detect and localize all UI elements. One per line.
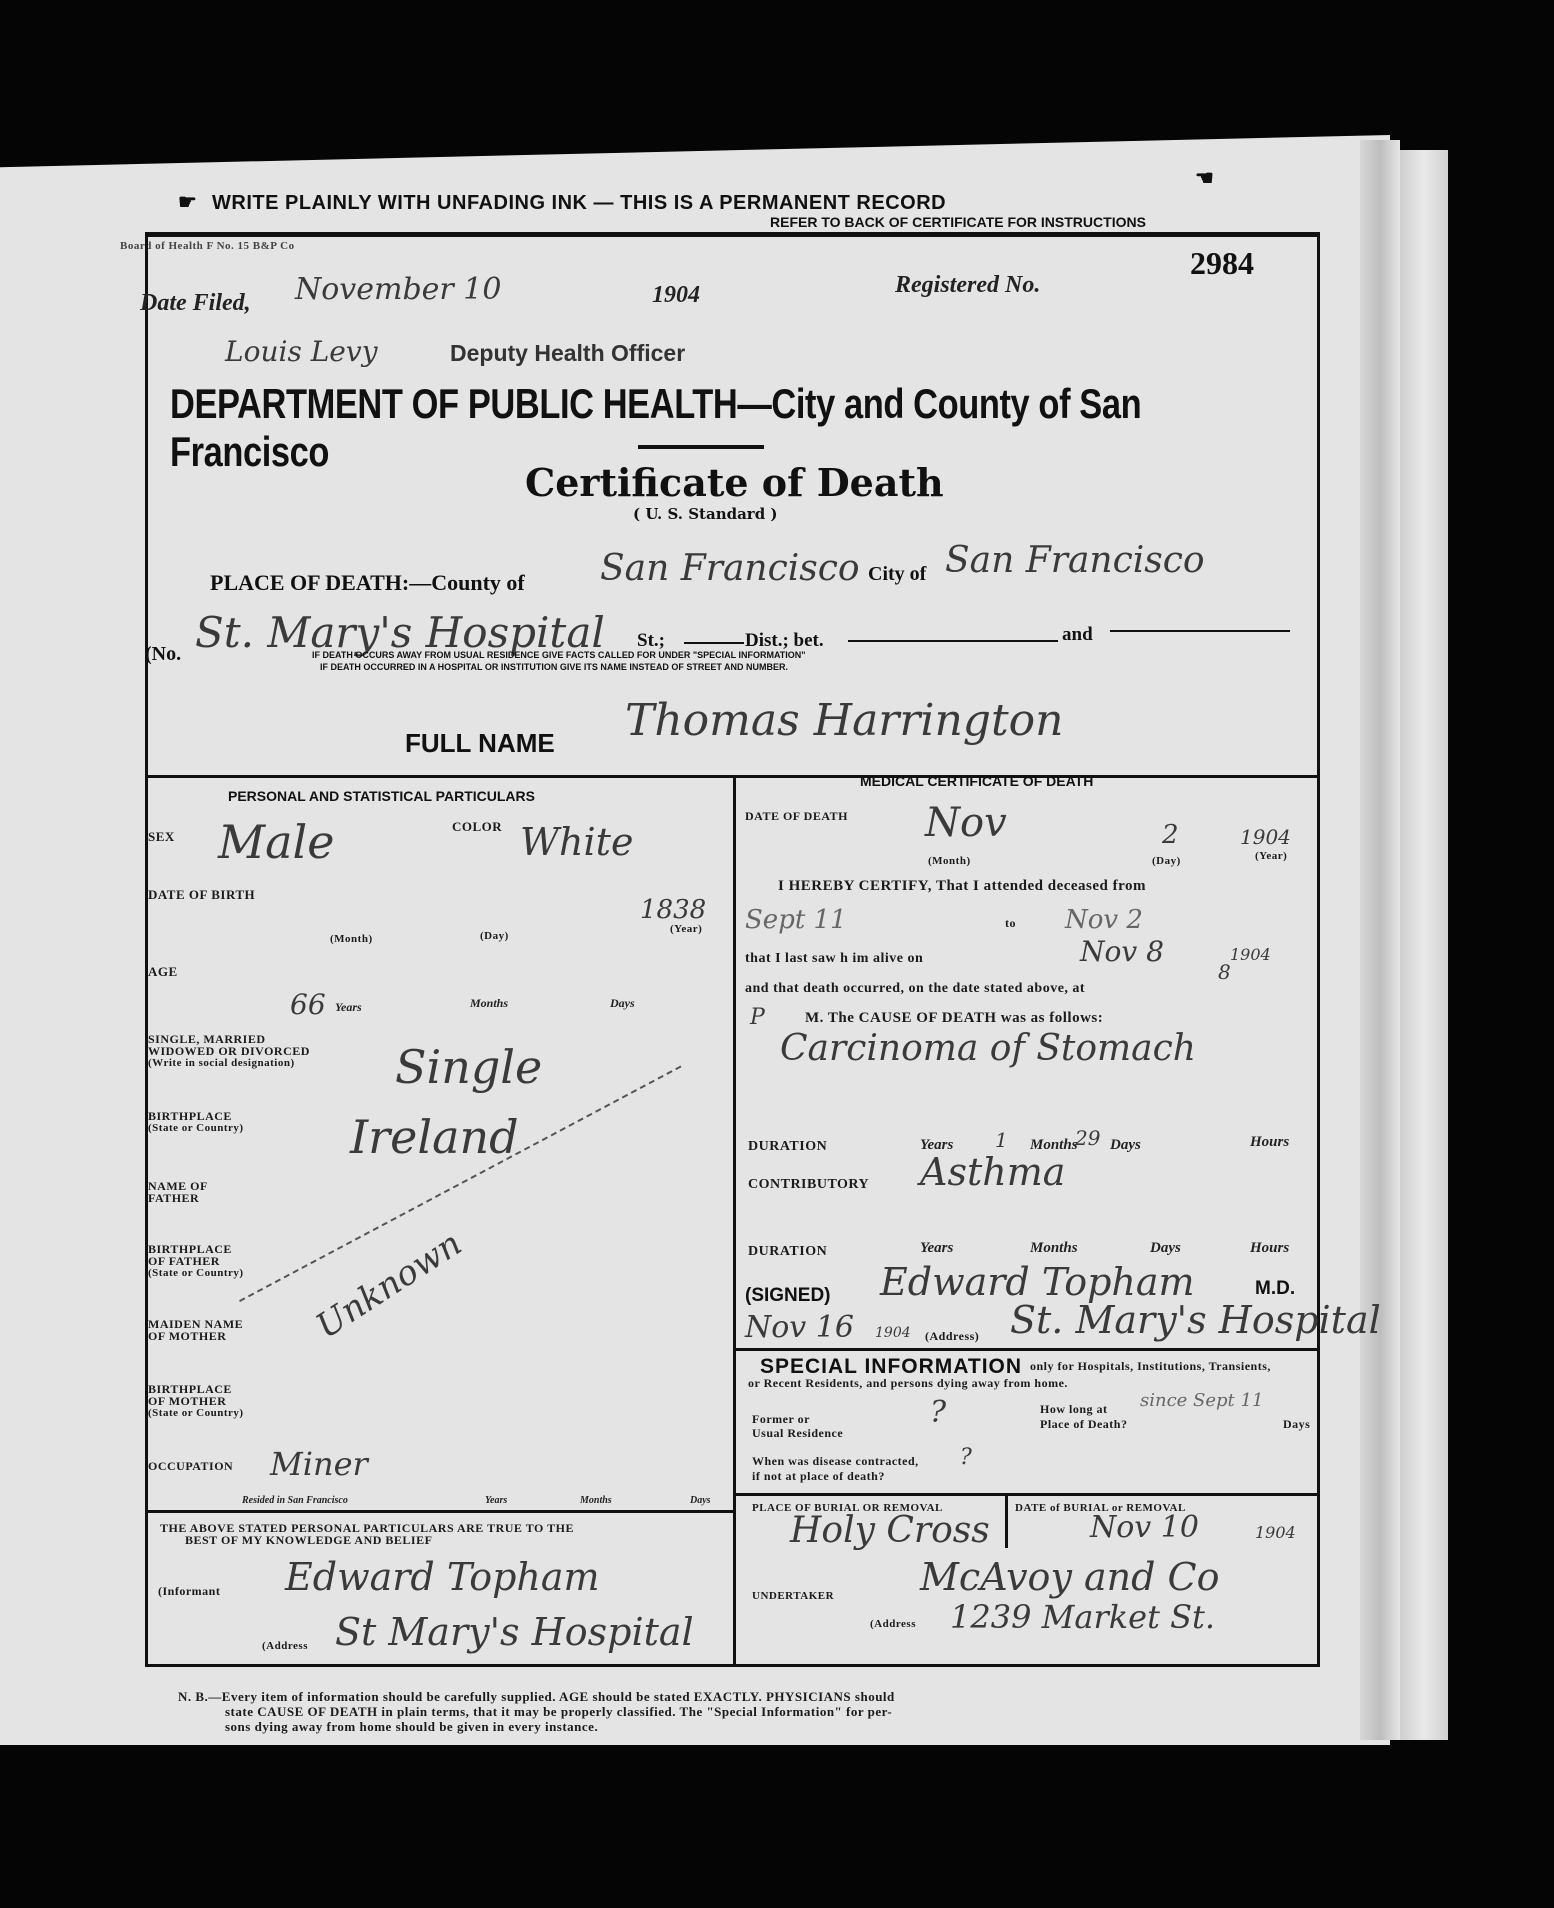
standard-subtitle: ( U. S. Standard ) — [633, 505, 778, 523]
pointing-hand-icon: ☛ — [178, 190, 197, 215]
certificate-title: Certificate of Death — [525, 460, 944, 505]
street-line — [684, 642, 744, 644]
dob-year-value[interactable]: 1838 — [640, 895, 706, 925]
occupation-value[interactable]: Miner — [270, 1445, 368, 1483]
district-line — [848, 640, 1058, 642]
informant-label: (Informant — [158, 1585, 220, 1598]
contracted-label: if not at place of death? — [752, 1470, 885, 1483]
informant-address[interactable]: St Mary's Hospital — [335, 1610, 694, 1654]
dod-day[interactable]: 2 — [1162, 820, 1179, 850]
dob-day-label: (Day) — [480, 930, 509, 943]
city-label: City of — [868, 563, 926, 586]
birthplace-value[interactable]: Ireland — [350, 1110, 519, 1164]
city-value[interactable]: San Francisco — [945, 540, 1205, 581]
footnote-line-2: state CAUSE OF DEATH in plain terms, tha… — [225, 1705, 892, 1718]
birthplace-label: (State or Country) — [148, 1122, 244, 1135]
special-heading-note: or Recent Residents, and persons dying a… — [748, 1377, 1068, 1390]
contracted-label: When was disease contracted, — [752, 1455, 919, 1468]
duration-2-hours-label: Hours — [1250, 1240, 1289, 1257]
registered-label: Registered No. — [895, 272, 1040, 299]
district-label: Dist.; bet. — [745, 630, 824, 652]
special-divider — [735, 1348, 1320, 1351]
medical-heading: MEDICAL CERTIFICATE OF DEATH — [860, 773, 1093, 789]
sex-value[interactable]: Male — [218, 815, 334, 869]
undertaker-value[interactable]: McAvoy and Co — [920, 1555, 1219, 1599]
age-months-label: Months — [470, 996, 508, 1011]
occupation-label: OCCUPATION — [148, 1460, 233, 1473]
duration-months[interactable]: 29 — [1075, 1126, 1100, 1150]
date-filed-year: 1904 — [652, 282, 700, 309]
age-label: AGE — [148, 965, 178, 978]
signed-label: (SIGNED) — [745, 1285, 831, 1307]
book-page-edge — [1400, 150, 1448, 1740]
age-years-value[interactable]: 66 — [290, 988, 326, 1021]
marital-label: (Write in social designation) — [148, 1057, 295, 1070]
age-years-label: Years — [335, 1000, 362, 1015]
burial-year[interactable]: 1904 — [1255, 1523, 1296, 1542]
special-heading-note: only for Hospitals, Institutions, Transi… — [1030, 1360, 1271, 1373]
sex-label: SEX — [148, 830, 175, 843]
residence-note-line-2: IF DEATH OCCURRED IN A HOSPITAL OR INSTI… — [320, 662, 788, 672]
age-days-label: Days — [610, 996, 635, 1011]
death-occurred-label: and that death occurred, on the date sta… — [745, 982, 1085, 995]
informant-divider — [145, 1510, 735, 1513]
column-divider — [733, 775, 736, 1665]
death-ampm[interactable]: P — [750, 1005, 765, 1030]
md-label: M.D. — [1255, 1278, 1295, 1300]
duration-hours-label: Hours — [1250, 1134, 1289, 1151]
color-label: COLOR — [452, 820, 502, 833]
undertaker-address[interactable]: 1239 Market St. — [950, 1598, 1215, 1636]
dob-month-label: (Month) — [330, 933, 373, 946]
former-residence-label: Former or — [752, 1413, 810, 1426]
informant-statement: BEST OF MY KNOWLEDGE AND BELIEF — [185, 1534, 432, 1547]
cause-of-death[interactable]: Carcinoma of Stomach — [780, 1028, 1196, 1069]
signed-date[interactable]: Nov 16 — [745, 1310, 854, 1345]
father-birthplace-label: (State or Country) — [148, 1267, 244, 1280]
pointing-hand-icon: ☛ — [1195, 166, 1214, 191]
burial-date[interactable]: Nov 10 — [1090, 1510, 1199, 1545]
how-long-label: Place of Death? — [1040, 1418, 1127, 1431]
date-filed-label: Date Filed, — [140, 290, 251, 317]
resided-label: Resided in San Francisco — [242, 1495, 348, 1506]
duration-2-label: DURATION — [748, 1245, 827, 1258]
undertaker-label: UNDERTAKER — [752, 1590, 834, 1603]
footnote-line-1: N. B.—Every item of information should b… — [178, 1690, 895, 1703]
last-saw-label: that I last saw h im alive on — [745, 952, 923, 965]
how-long-value[interactable]: since Sept 11 — [1140, 1390, 1263, 1411]
dob-label: DATE OF BIRTH — [148, 888, 255, 901]
banner: WRITE PLAINLY WITH UNFADING INK — THIS I… — [212, 192, 946, 215]
full-name-value[interactable]: Thomas Harrington — [625, 695, 1063, 746]
death-time[interactable]: 8 — [1218, 960, 1231, 984]
father-name-label: FATHER — [148, 1192, 199, 1205]
former-residence-label: Usual Residence — [752, 1427, 843, 1440]
registered-number[interactable]: 2984 — [1190, 245, 1254, 282]
mother-birthplace-label: (State or Country) — [148, 1407, 244, 1420]
residence-note-line-1: IF DEATH OCCURS AWAY FROM USUAL RESIDENC… — [312, 650, 806, 660]
place-of-death-label: PLACE OF DEATH:—County of — [210, 570, 525, 596]
dod-year-label: (Year) — [1255, 850, 1287, 863]
street-label: St.; — [637, 630, 665, 652]
date-filed-value[interactable]: November 10 — [295, 272, 501, 307]
title-divider — [638, 445, 764, 449]
last-saw-year[interactable]: 1904 — [1230, 945, 1271, 964]
how-long-days-label: Days — [1283, 1418, 1310, 1431]
duration-years[interactable]: 1 — [995, 1128, 1008, 1152]
how-long-label: How long at — [1040, 1403, 1108, 1416]
color-value[interactable]: White — [520, 820, 633, 864]
informant-name[interactable]: Edward Topham — [285, 1555, 600, 1599]
officer-title: Deputy Health Officer — [450, 340, 685, 367]
burial-divider — [735, 1493, 1320, 1496]
cause-label: M. The CAUSE OF DEATH was as follows: — [805, 1012, 1103, 1025]
dob-year-label: (Year) — [670, 923, 702, 936]
physician-address[interactable]: St. Mary's Hospital — [1010, 1298, 1381, 1342]
duration-2-years-label: Years — [920, 1240, 953, 1257]
instructions-note: REFER TO BACK OF CERTIFICATE FOR INSTRUC… — [770, 214, 1146, 230]
and-label: and — [1062, 624, 1093, 646]
informant-address-label: (Address — [262, 1640, 308, 1653]
dod-label: DATE OF DEATH — [745, 810, 848, 823]
former-residence-value[interactable]: ? — [930, 1395, 946, 1430]
attended-from[interactable]: Sept 11 — [745, 905, 847, 935]
duration-2-months-label: Months — [1030, 1240, 1078, 1257]
burial-place[interactable]: Holy Cross — [790, 1510, 990, 1551]
footnote-line-3: sons dying away from home should be give… — [225, 1720, 598, 1733]
to-label: to — [1005, 917, 1016, 930]
duration-2-days-label: Days — [1150, 1240, 1181, 1257]
dod-month[interactable]: Nov — [925, 800, 1007, 846]
officer-signature: Louis Levy — [225, 335, 378, 368]
contributory-cause[interactable]: Asthma — [920, 1150, 1065, 1194]
dod-month-label: (Month) — [928, 855, 971, 868]
marital-value[interactable]: Single — [395, 1040, 542, 1094]
contributory-label: CONTRIBUTORY — [748, 1178, 869, 1191]
mother-name-label: OF MOTHER — [148, 1330, 226, 1343]
signed-year[interactable]: 1904 — [875, 1325, 911, 1341]
dod-year[interactable]: 1904 — [1240, 825, 1291, 849]
contracted-value[interactable]: ? — [960, 1445, 972, 1470]
resided-years-label: Years — [485, 1495, 507, 1506]
dod-day-label: (Day) — [1152, 855, 1181, 868]
attended-to[interactable]: Nov 2 — [1065, 905, 1143, 935]
resided-days-label: Days — [690, 1495, 711, 1506]
full-name-label: FULL NAME — [405, 728, 555, 759]
resided-months-label: Months — [580, 1495, 612, 1506]
physician-address-label: (Address) — [925, 1330, 979, 1343]
street-number-label: (No. — [145, 643, 181, 666]
certify-statement: I HEREBY CERTIFY, That I attended deceas… — [778, 880, 1146, 893]
undertaker-address-label: (Address — [870, 1618, 916, 1631]
book-page-edge — [1360, 140, 1400, 1740]
and-line — [1110, 630, 1290, 632]
personal-heading: PERSONAL AND STATISTICAL PARTICULARS — [228, 788, 535, 804]
county-value[interactable]: San Francisco — [600, 548, 860, 589]
last-saw-date[interactable]: Nov 8 — [1080, 935, 1164, 968]
burial-column-divider — [1005, 1493, 1008, 1548]
duration-days-label: Days — [1110, 1137, 1141, 1154]
duration-label: DURATION — [748, 1140, 827, 1153]
